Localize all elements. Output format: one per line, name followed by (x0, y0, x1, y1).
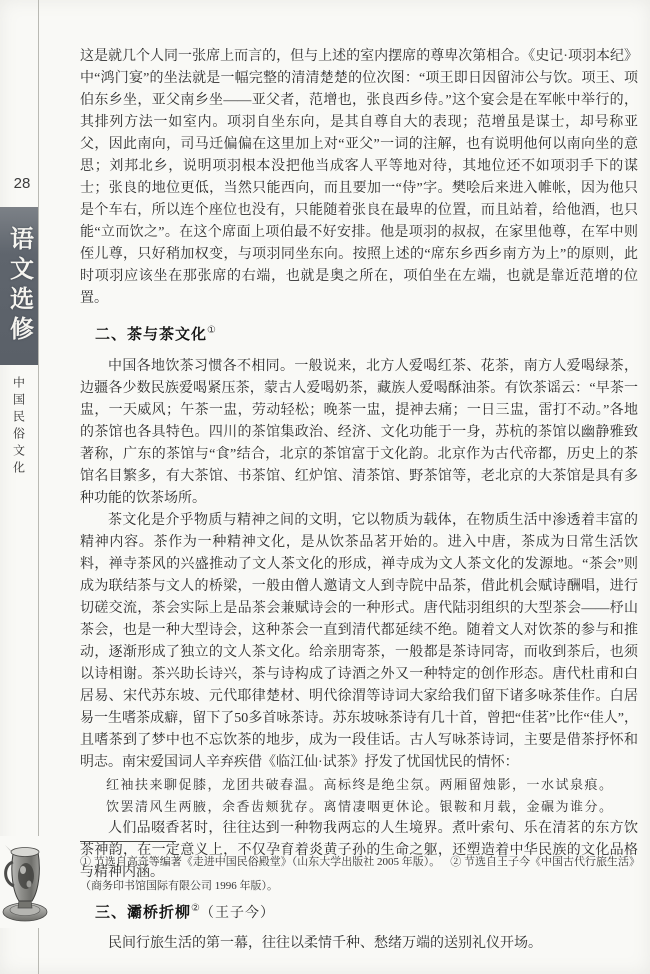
footnote-2-text-part1: ② 节选自王子今《中国古代行旅生活》 (450, 851, 640, 873)
section-heading-willow: 三、灞桥折柳②（王子今） (80, 898, 638, 925)
poem-line-2: 饮罢清风生两腋，余香齿颊犹存。离情凄咽更休论。银鞍和月载，金碾为谁分。 (80, 796, 638, 818)
footnote-1-text: ① 节选自高奇等编著《走进中国民俗殿堂》（山东大学出版社 2005 年版）。 (80, 851, 440, 873)
section-heading-tea: 二、茶与茶文化① (80, 320, 638, 346)
section-author: （王子今） (200, 906, 275, 921)
series-title-banner: 语文选修 (0, 207, 38, 365)
footnotes-block: ① 节选自高奇等编著《走进中国民俗殿堂》（山东大学出版社 2005 年版）。 ②… (80, 841, 638, 897)
margin-rule (38, 0, 39, 974)
footnote-ref-2: ② (191, 903, 200, 914)
paragraph-seating-etiquette: 这是就几个人同一张席上而言的，但与上述的室内摆席的尊卑次第相合。《史记·项羽本纪… (80, 46, 638, 310)
series-subtitle-wrap: 中国民俗文化 (0, 376, 38, 478)
series-subtitle-vertical: 中国民俗文化 (11, 376, 28, 478)
main-text-column: 这是就几个人同一张席上而言的，但与上述的室内摆席的尊卑次第相合。《史记·项羽本纪… (80, 46, 638, 955)
section-heading-tea-label: 二、茶与茶文化 (95, 326, 207, 343)
footnote-2-text-part2: （商务印书馆国际有限公司 1996 年版）。 (80, 875, 638, 897)
teapot-photo-graphic (1, 838, 49, 926)
series-title-vertical: 语文选修 (2, 226, 37, 346)
paragraph-willow-opening: 民间行旅生活的第一幕，往往以柔情千种、愁绪万端的送别礼仪开场。 (80, 933, 638, 955)
poem-line-1: 红袖扶来聊促膝，龙团共破春温。高标终是绝尘氛。两厢留烛影，一水试泉痕。 (80, 774, 638, 796)
page-number: 28 (8, 175, 36, 192)
section-heading-willow-label: 三、灞桥折柳 (95, 904, 191, 921)
teapot-photo (0, 836, 50, 928)
footnote-ref-1: ① (207, 325, 216, 336)
paragraph-tea-intro: 中国各地饮茶习惯各不相同。一般说来，北方人爱喝红茶、花茶，南方人爱喝绿茶，边疆各… (80, 356, 638, 510)
footnote-separator-rule (80, 841, 176, 842)
paragraph-tea-culture: 茶文化是介乎物质与精神之间的文明，它以物质为载体，在物质生活中渗透着丰富的精神内… (80, 510, 638, 774)
footnote-line-1: ① 节选自高奇等编著《走进中国民俗殿堂》（山东大学出版社 2005 年版）。 ②… (80, 851, 638, 873)
textbook-page: 28 语文选修 中国民俗文化 这是就几个人同一张席上而言的，但与上述的室内摆席的… (0, 0, 650, 974)
